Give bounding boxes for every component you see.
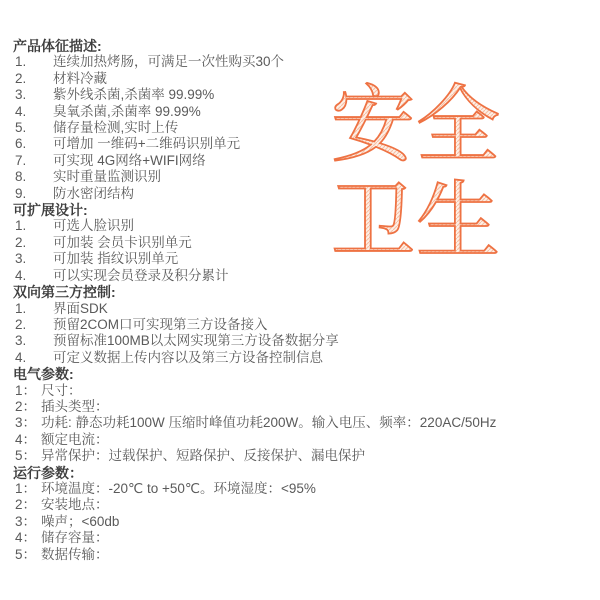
list-item-text: 臭氧杀菌,杀菌率 99.99%: [53, 104, 201, 120]
section: 可扩展设计:1.可选人脸识别2.可加装 会员卡识别单元3.可加装 指纹识别单元4…: [13, 202, 592, 284]
section-title: 运行参数：: [13, 465, 592, 481]
list-item: 3.可加装 指纹识别单元: [13, 251, 592, 267]
list-item-text: 安装地点：: [41, 497, 109, 513]
list-item-text: 异常保护：过载保护、短路保护、反接保护、漏电保护: [41, 448, 365, 464]
list-item-number: 2：: [15, 399, 36, 415]
list-item-number: 3：: [15, 514, 36, 530]
list-item-text: 可加装 指纹识别单元: [53, 251, 178, 267]
list-item: 5.储存量检测,实时上传: [13, 120, 592, 136]
list-item-number: 4：: [15, 432, 36, 448]
list-item-text: 插头类型：: [41, 399, 109, 415]
section: 产品体征描述:1.连续加热烤肠，可满足一次性购买30个2.材料冷藏3.紫外线杀菌…: [13, 38, 592, 202]
list-item-number: 1：: [15, 481, 36, 497]
list-item: 9.防水密闭结构: [13, 186, 592, 202]
list-item-number: 2.: [15, 71, 53, 87]
list-item: 5：异常保护：过载保护、短路保护、反接保护、漏电保护: [13, 448, 592, 464]
document-page: 产品体征描述:1.连续加热烤肠，可满足一次性购买30个2.材料冷藏3.紫外线杀菌…: [0, 0, 600, 600]
list-item-text: 可实现 4G网络+WIFI网络: [53, 153, 206, 169]
list-item: 5：数据传输：: [13, 547, 592, 563]
list-item-text: 防水密闭结构: [53, 186, 134, 202]
list-item-text: 可加装 会员卡识别单元: [53, 235, 192, 251]
list-item: 1.连续加热烤肠，可满足一次性购买30个: [13, 54, 592, 70]
list-item-text: 可定义数据上传内容以及第三方设备控制信息: [53, 350, 323, 366]
list-item-text: 预留标准100MB以太网实现第三方设备数据分享: [53, 333, 339, 349]
list-item-number: 8.: [15, 169, 53, 185]
list-item-text: 预留2COM口可实现第三方设备接入: [53, 317, 268, 333]
section-title: 电气参数:: [13, 366, 592, 382]
section: 双向第三方控制:1.界面SDK2.预留2COM口可实现第三方设备接入3.预留标准…: [13, 284, 592, 366]
list-item-text: 额定电流：: [41, 432, 109, 448]
list-item-text: 可选人脸识别: [53, 218, 134, 234]
section-title: 产品体征描述:: [13, 38, 592, 54]
list-item-number: 4.: [15, 350, 53, 366]
list-item-number: 9.: [15, 186, 53, 202]
list-item: 8.实时重量监测识别: [13, 169, 592, 185]
list-item: 6.可增加 一维码+二维码识别单元: [13, 136, 592, 152]
list-item-number: 3.: [15, 87, 53, 103]
section-title: 双向第三方控制:: [13, 284, 592, 300]
list-item-number: 1.: [15, 301, 53, 317]
list-item-text: 可以实现会员登录及积分累计: [53, 268, 229, 284]
section-title: 可扩展设计:: [13, 202, 592, 218]
list-item-text: 材料冷藏: [53, 71, 107, 87]
list-item-text: 数据传输：: [41, 547, 109, 563]
list-item-number: 3：: [15, 415, 36, 431]
list-item-text: 紫外线杀菌,杀菌率 99.99%: [53, 87, 214, 103]
list-item: 1.可选人脸识别: [13, 218, 592, 234]
list-item: 2.可加装 会员卡识别单元: [13, 235, 592, 251]
list-item: 1：尺寸：: [13, 383, 592, 399]
list-item: 4.可以实现会员登录及积分累计: [13, 268, 592, 284]
list-item: 3：噪声；<60db: [13, 514, 592, 530]
list-item-number: 4：: [15, 530, 36, 546]
spec-text-body: 产品体征描述:1.连续加热烤肠，可满足一次性购买30个2.材料冷藏3.紫外线杀菌…: [13, 38, 592, 563]
list-item-text: 噪声；<60db: [41, 514, 119, 530]
list-item-number: 2.: [15, 317, 53, 333]
list-item-number: 7.: [15, 153, 53, 169]
list-item: 4：储存容量：: [13, 530, 592, 546]
list-item-text: 实时重量监测识别: [53, 169, 161, 185]
list-item-number: 3.: [15, 333, 53, 349]
list-item: 2：插头类型：: [13, 399, 592, 415]
list-item-number: 1：: [15, 383, 36, 399]
list-item: 4：额定电流：: [13, 432, 592, 448]
list-item-number: 4.: [15, 104, 53, 120]
list-item: 3.紫外线杀菌,杀菌率 99.99%: [13, 87, 592, 103]
list-item-number: 5：: [15, 448, 36, 464]
list-item-number: 1.: [15, 54, 53, 70]
list-item-number: 2.: [15, 235, 53, 251]
list-item-number: 4.: [15, 268, 53, 284]
list-item-text: 尺寸：: [41, 383, 82, 399]
list-item-text: 环境温度：-20℃ to +50℃。环境湿度：<95%: [41, 481, 316, 497]
list-item: 7.可实现 4G网络+WIFI网络: [13, 153, 592, 169]
list-item: 4.可定义数据上传内容以及第三方设备控制信息: [13, 350, 592, 366]
list-item-text: 功耗: 静态功耗100W 压缩时峰值功耗200W。输入电压、频率：220AC/5…: [41, 415, 496, 431]
list-item-number: 5：: [15, 547, 36, 563]
list-item: 3.预留标准100MB以太网实现第三方设备数据分享: [13, 333, 592, 349]
list-item: 2.材料冷藏: [13, 71, 592, 87]
list-item-text: 储存容量：: [41, 530, 109, 546]
list-item: 1.界面SDK: [13, 301, 592, 317]
list-item-number: 2：: [15, 497, 36, 513]
list-item-text: 储存量检测,实时上传: [53, 120, 178, 136]
section: 电气参数:1：尺寸：2：插头类型：3：功耗: 静态功耗100W 压缩时峰值功耗2…: [13, 366, 592, 464]
list-item-text: 界面SDK: [53, 301, 108, 317]
list-item-number: 3.: [15, 251, 53, 267]
list-item-text: 连续加热烤肠，可满足一次性购买30个: [53, 54, 284, 70]
list-item: 2：安装地点：: [13, 497, 592, 513]
list-item: 1：环境温度：-20℃ to +50℃。环境湿度：<95%: [13, 481, 592, 497]
list-item: 4.臭氧杀菌,杀菌率 99.99%: [13, 104, 592, 120]
list-item-text: 可增加 一维码+二维码识别单元: [53, 136, 240, 152]
list-item: 2.预留2COM口可实现第三方设备接入: [13, 317, 592, 333]
section: 运行参数：1：环境温度：-20℃ to +50℃。环境湿度：<95%2：安装地点…: [13, 465, 592, 563]
list-item-number: 1.: [15, 218, 53, 234]
list-item-number: 6.: [15, 136, 53, 152]
list-item-number: 5.: [15, 120, 53, 136]
list-item: 3：功耗: 静态功耗100W 压缩时峰值功耗200W。输入电压、频率：220AC…: [13, 415, 592, 431]
